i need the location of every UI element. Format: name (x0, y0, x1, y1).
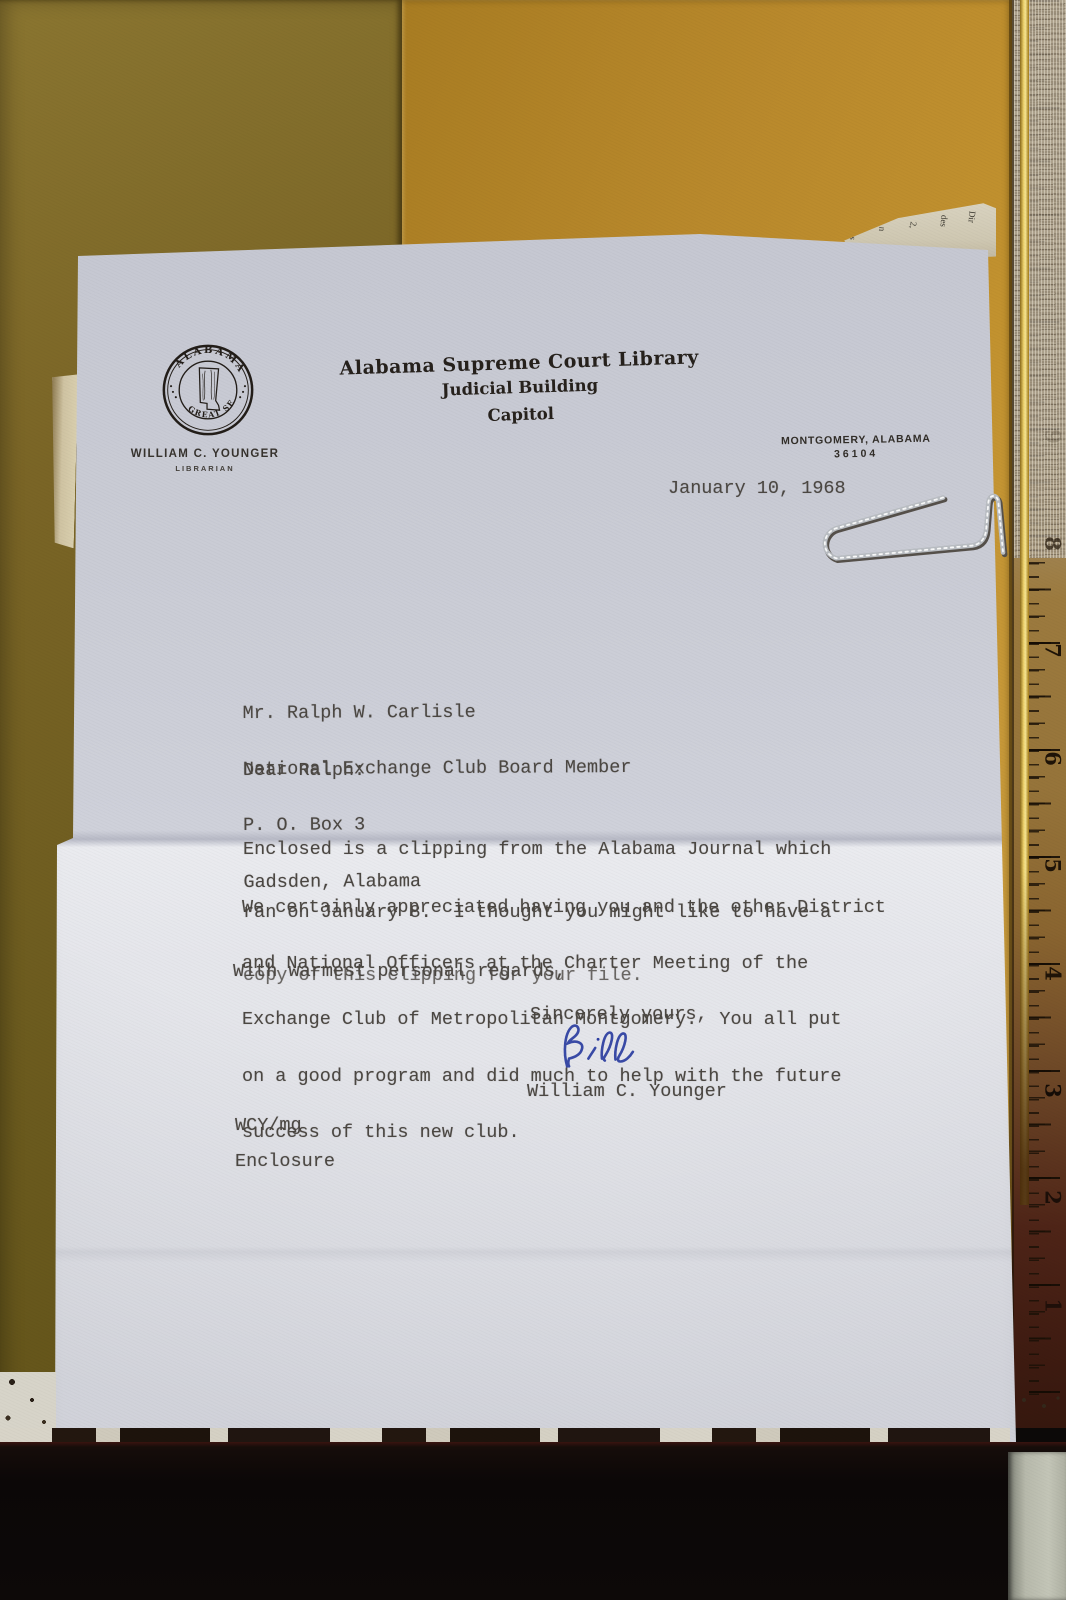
regards-line: With warmest personal regards, (233, 963, 566, 982)
salutation: Dear Ralph: (243, 762, 365, 781)
officer-title: LIBRARIAN (126, 464, 284, 473)
enclosure-note: Enclosure (235, 1153, 335, 1172)
officer-name: WILLIAM C. YOUNGER (126, 448, 284, 460)
paragraph-line: We certainly appreciated having you and … (242, 899, 886, 918)
paperclip (784, 466, 1020, 582)
great-seal-emblem: ALABAMA GREAT SEAL (160, 342, 256, 438)
zip-code: 36104 (778, 447, 934, 462)
letterhead-masthead: Alabama Supreme Court Library Judicial B… (319, 346, 721, 435)
handwritten-signature-bill (550, 1018, 650, 1076)
city-block: MONTGOMERY, ALABAMA 36104 (778, 433, 934, 462)
city-line: MONTGOMERY, ALABAMA (778, 433, 934, 448)
paragraph-line: success of this new club. (242, 1124, 886, 1143)
signer-name: William C. Younger (527, 1083, 727, 1102)
reference-initials: WCY/mg (235, 1117, 302, 1136)
officer-block: WILLIAM C. YOUNGER LIBRARIAN (126, 448, 284, 473)
svg-text:ALABAMA: ALABAMA (173, 345, 248, 376)
photo-scene: ts n 2, des Dir 9 8 7 6 5 4 3 2 1 (0, 0, 1066, 1600)
recipient-name: Mr. Ralph W. Carlisle (243, 703, 632, 724)
paragraph-line: Enclosed is a clipping from the Alabama … (243, 839, 831, 860)
letter-content: ALABAMA GREAT SEAL WILLIAM C. YOUNGER LI… (0, 0, 1066, 1600)
